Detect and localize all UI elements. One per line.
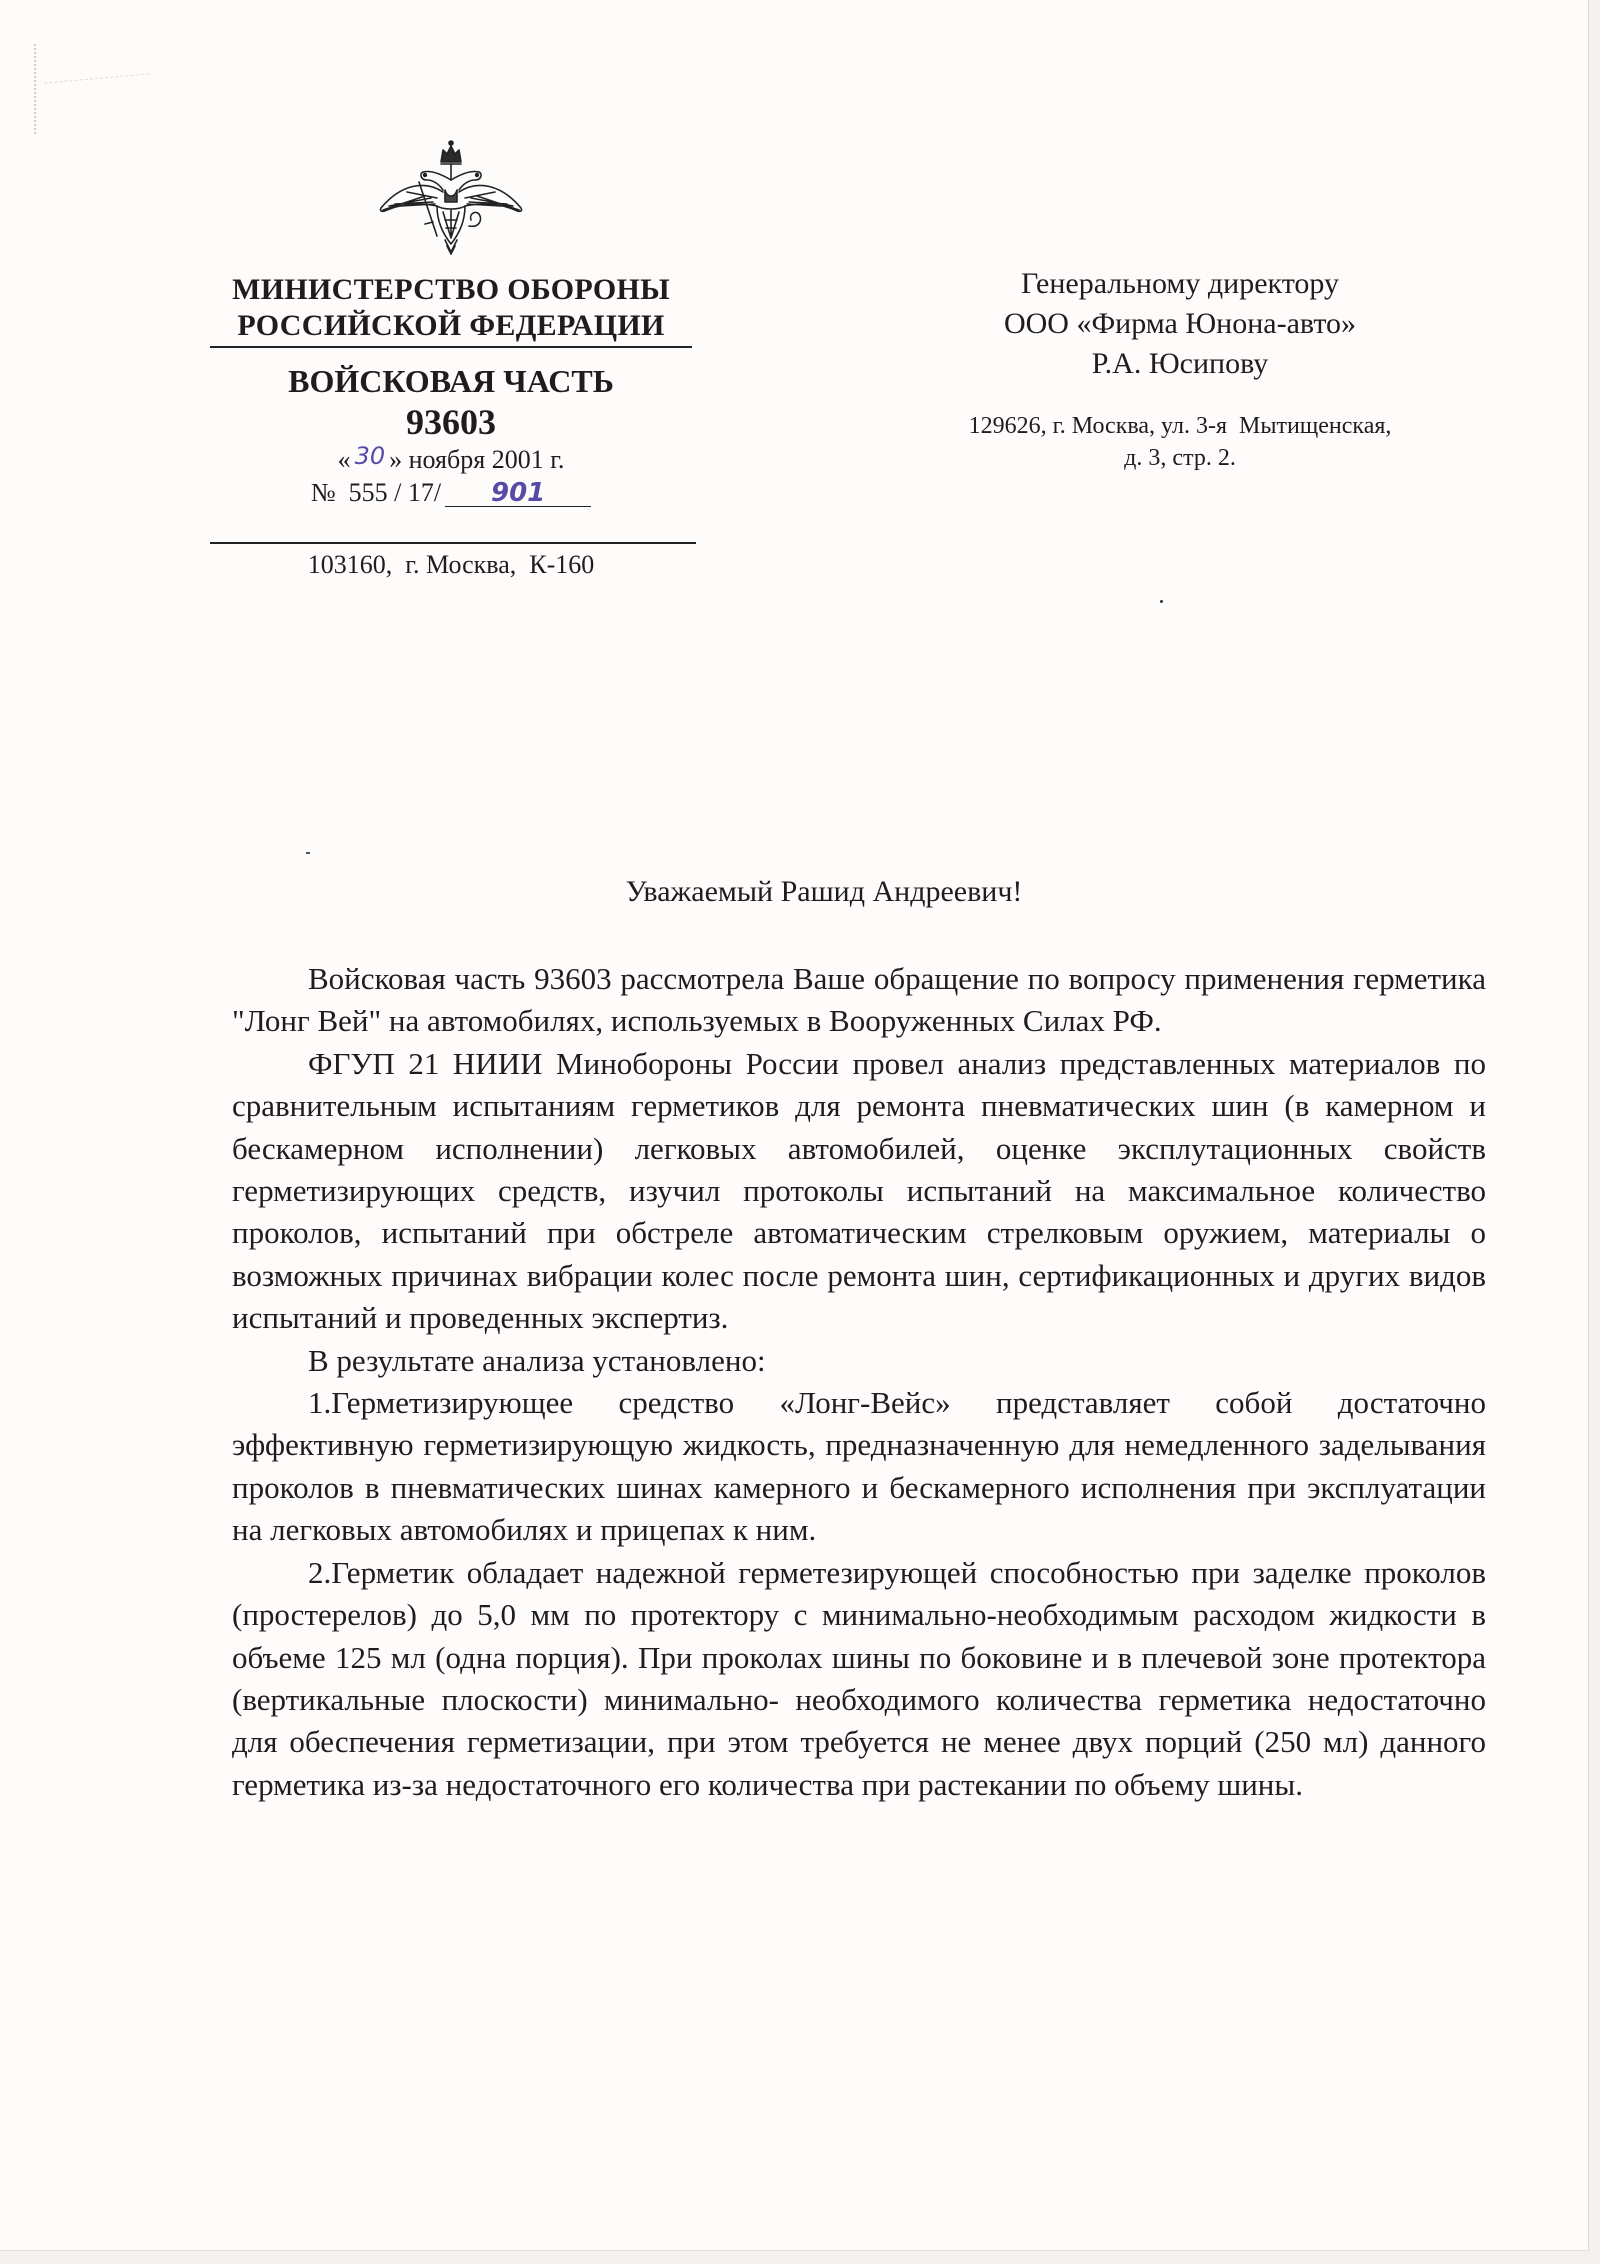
reg-number-prefix: № 555 / 17/ (311, 478, 441, 507)
date-open-quote: « (338, 445, 351, 474)
handwritten-reg-number: 901 (491, 478, 545, 508)
salutation: Уважаемый Рашид Андреевич! (0, 872, 1588, 912)
staple-mark (34, 44, 48, 134)
ministry-line-1: МИНИСТЕРСТВО ОБОРОНЫ (196, 272, 706, 308)
letter-body: Войсковая часть 93603 рассмотрела Ваше о… (232, 958, 1486, 1806)
ministry-underline (210, 346, 692, 348)
body-paragraph: ФГУП 21 НИИИ Минобороны России провел ан… (232, 1043, 1486, 1340)
double-headed-eagle-emblem-icon (361, 140, 541, 258)
scan-speck (1160, 600, 1163, 603)
unit-title: ВОЙСКОВАЯ ЧАСТЬ (196, 362, 706, 400)
addressee-position: Генеральному директору (850, 264, 1510, 304)
addressee-address-line-2: д. 3, стр. 2. (850, 442, 1510, 474)
registration-number: № 555 / 17/901 (196, 476, 706, 510)
body-paragraph: 2.Герметик обладает надежной герметезиру… (232, 1552, 1486, 1806)
body-paragraph: Войсковая часть 93603 рассмотрела Ваше о… (232, 958, 1486, 1043)
ministry-line-2: РОССИЙСКОЙ ФЕДЕРАЦИИ (196, 308, 706, 344)
letterhead: МИНИСТЕРСТВО ОБОРОНЫ РОССИЙСКОЙ ФЕДЕРАЦИ… (196, 140, 706, 582)
scan-speck (306, 852, 310, 854)
reg-number-blank: 901 (445, 480, 591, 507)
letter-date: «30» ноября 2001 г. (196, 444, 706, 476)
addressee-block: Генеральному директору ООО «Фирма Юнона-… (850, 264, 1510, 474)
unit-address: 103160, г. Москва, К-160 (196, 548, 706, 582)
paper-crease (44, 73, 149, 84)
body-paragraph: В результате анализа установлено: (232, 1340, 1486, 1382)
date-month-year: » ноября 2001 г. (389, 445, 564, 474)
handwritten-day: 30 (351, 442, 390, 470)
addressee-address-line-1: 129626, г. Москва, ул. 3-я Мытищенская, (850, 410, 1510, 442)
body-paragraph: 1.Герметизирующее средство «Лонг-Вейс» п… (232, 1382, 1486, 1552)
unit-number: 93603 (196, 400, 706, 444)
addressee-name: Р.А. Юсипову (850, 344, 1510, 384)
ministry-name: МИНИСТЕРСТВО ОБОРОНЫ РОССИЙСКОЙ ФЕДЕРАЦИ… (196, 272, 706, 344)
address-divider (210, 542, 696, 544)
addressee-address: 129626, г. Москва, ул. 3-я Мытищенская, … (850, 410, 1510, 474)
addressee-company: ООО «Фирма Юнона-авто» (850, 304, 1510, 344)
letter-page: МИНИСТЕРСТВО ОБОРОНЫ РОССИЙСКОЙ ФЕДЕРАЦИ… (0, 0, 1589, 2251)
